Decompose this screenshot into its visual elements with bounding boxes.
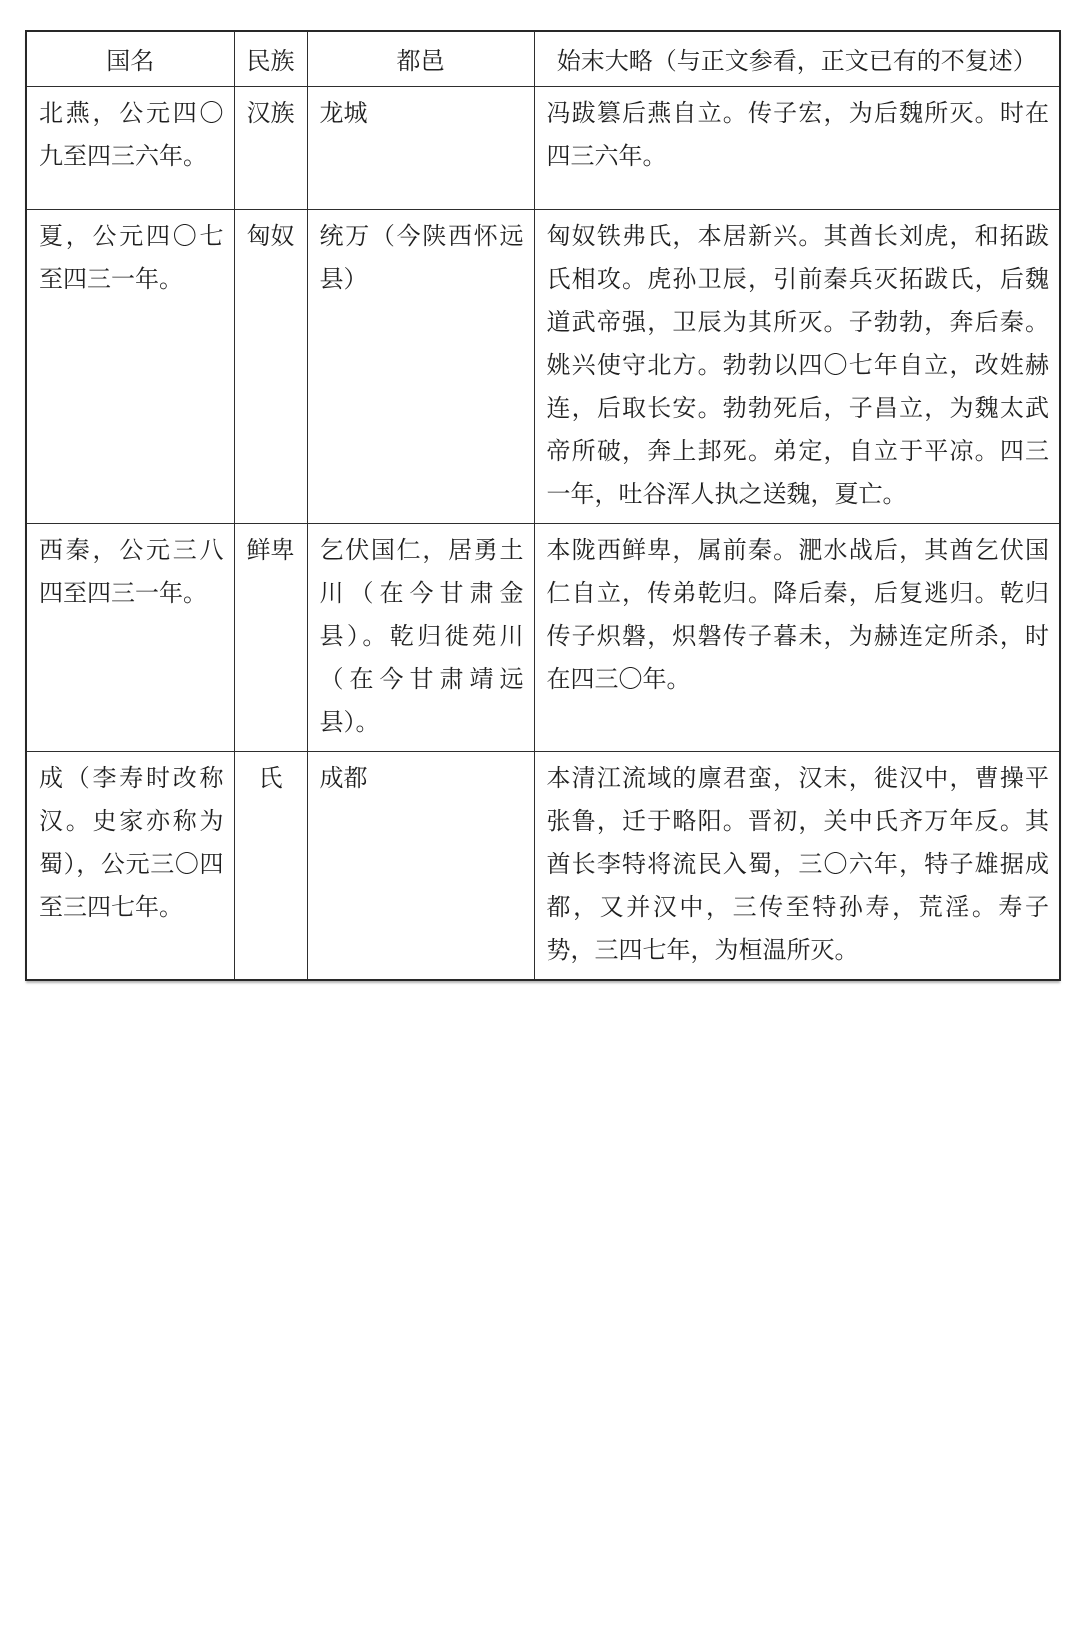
- table-row: 西秦，公元三八四至四三一年。 鲜卑 乞伏国仁，居勇土川（在今甘肃金县）。乾归徙苑…: [26, 523, 1060, 751]
- cell-ethnic-group: 鲜卑: [234, 523, 307, 751]
- cell-state-name: 北燕，公元四〇九至四三六年。: [26, 86, 234, 209]
- cell-state-name: 西秦，公元三八四至四三一年。: [26, 523, 234, 751]
- table-header-row: 国名 民族 都邑 始末大略（与正文参看，正文已有的不复述）: [26, 31, 1060, 86]
- cell-ethnic-group: 氏: [234, 751, 307, 980]
- header-ethnic-group: 民族: [234, 31, 307, 86]
- table-row: 夏，公元四〇七至四三一年。 匈奴 统万（今陕西怀远县） 匈奴铁弗氏，本居新兴。其…: [26, 209, 1060, 523]
- document-page: 国名 民族 都邑 始末大略（与正文参看，正文已有的不复述） 北燕，公元四〇九至四…: [0, 0, 1083, 1625]
- cell-summary: 本清江流域的廪君蛮，汉末，徙汉中，曹操平张鲁，迁于略阳。晋初，关中氏齐万年反。其…: [534, 751, 1060, 980]
- cell-ethnic-group: 匈奴: [234, 209, 307, 523]
- table-row: 北燕，公元四〇九至四三六年。 汉族 龙城 冯跋篡后燕自立。传子宏，为后魏所灭。时…: [26, 86, 1060, 209]
- cell-capital: 龙城: [307, 86, 534, 209]
- cell-state-name: 夏，公元四〇七至四三一年。: [26, 209, 234, 523]
- header-summary: 始末大略（与正文参看，正文已有的不复述）: [534, 31, 1060, 86]
- cell-capital: 乞伏国仁，居勇土川（在今甘肃金县）。乾归徙苑川（在今甘肃靖远县）。: [307, 523, 534, 751]
- cell-summary: 匈奴铁弗氏，本居新兴。其酋长刘虎，和拓跋氏相攻。虎孙卫辰，引前秦兵灭拓跋氏，后魏…: [534, 209, 1060, 523]
- cell-summary: 冯跋篡后燕自立。传子宏，为后魏所灭。时在四三六年。: [534, 86, 1060, 209]
- cell-state-name: 成（李寿时改称汉。史家亦称为蜀），公元三〇四至三四七年。: [26, 751, 234, 980]
- table-row: 成（李寿时改称汉。史家亦称为蜀），公元三〇四至三四七年。 氏 成都 本清江流域的…: [26, 751, 1060, 980]
- header-capital: 都邑: [307, 31, 534, 86]
- cell-capital: 成都: [307, 751, 534, 980]
- header-state-name: 国名: [26, 31, 234, 86]
- cell-summary: 本陇西鲜卑，属前秦。淝水战后，其酋乞伏国仁自立，传弟乾归。降后秦，后复逃归。乾归…: [534, 523, 1060, 751]
- sixteen-kingdoms-table: 国名 民族 都邑 始末大略（与正文参看，正文已有的不复述） 北燕，公元四〇九至四…: [25, 30, 1061, 981]
- cell-capital: 统万（今陕西怀远县）: [307, 209, 534, 523]
- cell-ethnic-group: 汉族: [234, 86, 307, 209]
